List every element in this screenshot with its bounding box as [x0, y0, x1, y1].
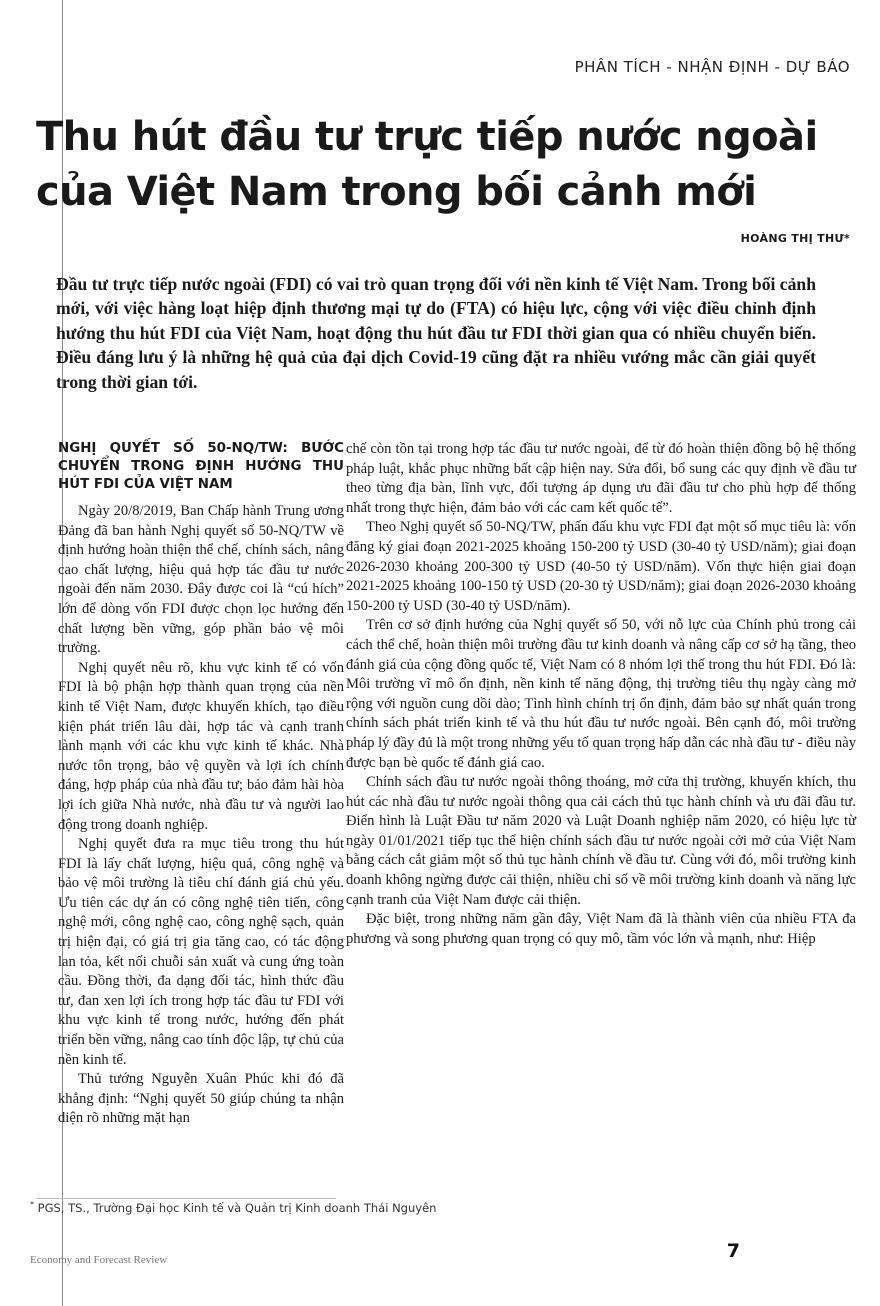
section-subheading: Nghị quyết số 50-NQ/TW: Bước chuyển tron…	[58, 440, 344, 494]
article-title: Thu hút đầu tư trực tiếp nước ngoài của …	[36, 110, 836, 220]
body-paragraph: Ngày 20/8/2019, Ban Chấp hành Trung ương…	[58, 502, 344, 659]
footnote-divider	[36, 1198, 336, 1199]
article-abstract: Đầu tư trực tiếp nước ngoài (FDI) có vai…	[56, 272, 816, 394]
body-paragraph: Trên cơ sở định hướng của Nghị quyết số …	[346, 616, 856, 773]
body-paragraph: Đặc biệt, trong những năm gần đây, Việt …	[346, 910, 856, 949]
body-paragraph: Nghị quyết đưa ra mục tiêu trong thu hút…	[58, 835, 344, 1070]
footnote-marker: *	[30, 1200, 34, 1209]
left-column: Nghị quyết số 50-NQ/TW: Bước chuyển tron…	[58, 440, 344, 1129]
section-header: PHÂN TÍCH - NHẬN ĐỊNH - DỰ BÁO	[575, 58, 850, 76]
author-footnote: * PGS, TS., Trường Đại học Kinh tế và Qu…	[30, 1200, 436, 1215]
body-paragraph: Chính sách đầu tư nước ngoài thông thoán…	[346, 773, 856, 910]
title-line-2: của Việt Nam trong bối cảnh mới	[36, 169, 756, 215]
body-paragraph: chế còn tồn tại trong hợp tác đầu tư nướ…	[346, 440, 856, 518]
right-column: chế còn tồn tại trong hợp tác đầu tư nướ…	[346, 440, 856, 949]
title-line-1: Thu hút đầu tư trực tiếp nước ngoài	[36, 114, 818, 160]
body-paragraph: Theo Nghị quyết số 50-NQ/TW, phấn đấu kh…	[346, 518, 856, 616]
author-name: HOÀNG THỊ THƯ*	[741, 232, 850, 245]
body-paragraph: Nghị quyết nêu rõ, khu vực kinh tế có vố…	[58, 659, 344, 835]
journal-name: Economy and Forecast Review	[30, 1254, 167, 1266]
footnote-text: PGS, TS., Trường Đại học Kinh tế và Quản…	[38, 1201, 437, 1215]
body-paragraph: Thủ tướng Nguyễn Xuân Phúc khi đó đã khẳ…	[58, 1070, 344, 1129]
page-number: 7	[727, 1240, 740, 1262]
